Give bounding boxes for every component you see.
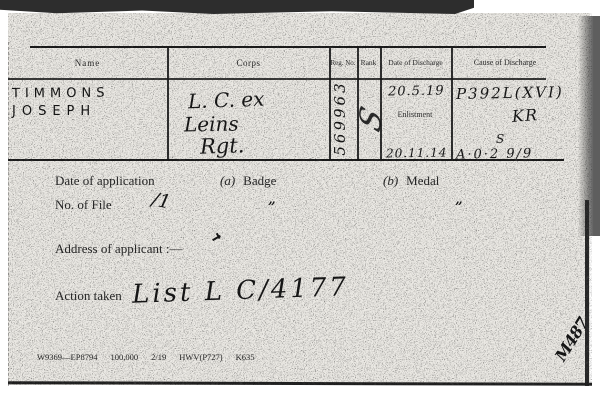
date-of-discharge-entry: 20.5.19 — [388, 84, 445, 100]
badge-prefix: (a) — [220, 173, 235, 188]
corps-entry-line3: Rgt. — [200, 133, 245, 159]
name-forename: JOSEPH — [12, 104, 96, 119]
scan-top-edge — [0, 0, 474, 14]
scan-right-shadow — [578, 16, 600, 236]
medal-word: Medal — [406, 173, 439, 188]
column-header-name: Name — [8, 48, 167, 78]
printers-imprint: W9369—EP8794100,0002/19HWV(P727)K635 — [37, 352, 268, 362]
scan-bottom-edge — [8, 381, 592, 386]
column-header-cause-of-discharge: Cause of Discharge — [451, 48, 559, 78]
no-of-file-label: No. of File — [55, 197, 112, 213]
scan-right-edge — [585, 200, 589, 386]
imprint-date: 2/19 — [151, 352, 166, 362]
cause-entry-line3: S — [496, 132, 504, 146]
address-of-applicant-label: Address of applicant :— — [55, 241, 182, 257]
badge-label: (a)Badge — [220, 173, 276, 189]
scanned-record-card: Name Corps Reg. No. Rank Date of Dischar… — [0, 0, 600, 397]
column-header-rank: Rank — [357, 48, 380, 78]
column-header-corps: Corps — [168, 48, 329, 78]
cause-entry-line2: KR — [511, 105, 538, 126]
scan-left-edge — [8, 42, 10, 386]
badge-word: Badge — [243, 173, 276, 188]
medal-label: (b)Medal — [383, 173, 439, 189]
cause-entry-line4: A·0·2 9/9 — [456, 146, 534, 162]
rank-entry: S — [352, 82, 384, 153]
date-of-application-label: Date of application — [55, 173, 155, 189]
cause-entry-line1: P392L(XVI) — [456, 83, 564, 103]
column-header-date-of-discharge: Date of Discharge — [380, 48, 451, 78]
action-taken-label: Action taken — [55, 288, 122, 304]
name-surname: TIMMONS — [12, 86, 110, 102]
table-header-rule — [8, 78, 546, 80]
imprint-quantity: 100,000 — [110, 352, 138, 362]
imprint-press: HWV(P727) — [179, 352, 222, 362]
file-handwritten-mark: /1 — [150, 188, 173, 213]
medal-ditto-mark: ” — [455, 200, 462, 215]
reg-no-entry: 569963 — [331, 73, 351, 163]
badge-ditto-mark: ” — [268, 200, 275, 215]
date-of-enlistment-entry: 20.11.14 — [386, 145, 448, 160]
enlistment-sublabel: Enlistment — [381, 110, 449, 119]
medal-prefix: (b) — [383, 173, 398, 188]
corps-entry-line1: L. C. ex — [188, 87, 265, 114]
imprint-ref: K635 — [236, 352, 255, 362]
imprint-code: W9369—EP8794 — [37, 352, 97, 362]
